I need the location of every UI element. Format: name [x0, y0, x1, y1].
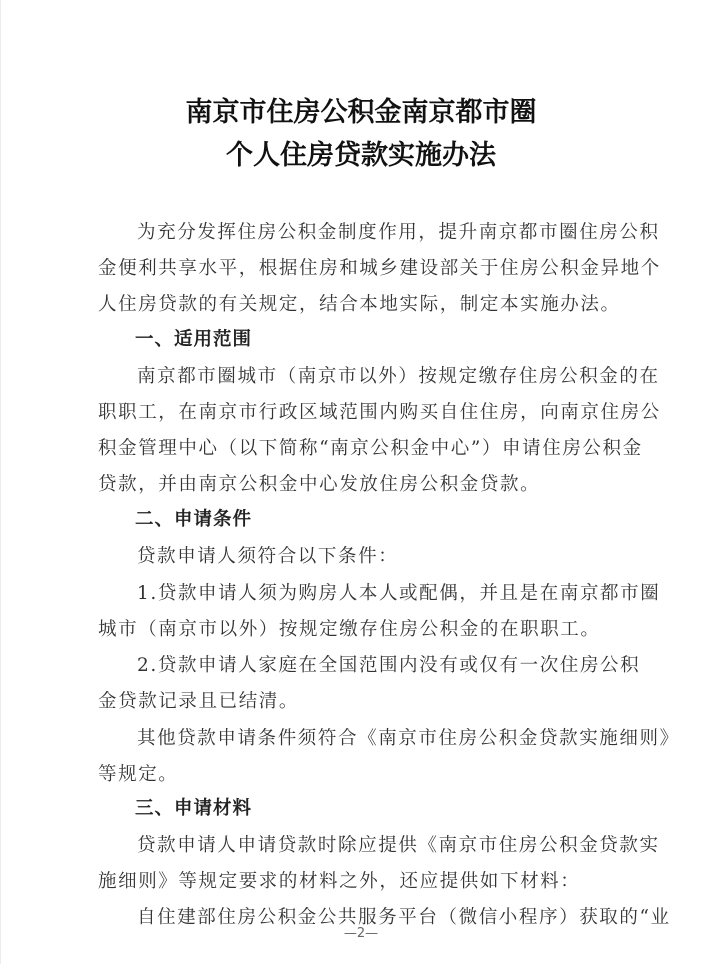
preamble-line: 人住房贷款的有关规定，结合本地实际，制定本实施办法。 — [98, 293, 638, 317]
list-item-2-cont: 金贷款记录且已结清。 — [98, 690, 638, 714]
paragraph-line: 职职工，在南京市行政区域范围内购买自住住房，向南京住房公 — [98, 401, 638, 425]
paragraph-line: 贷款申请人申请贷款时除应提供《南京市住房公积金贷款实 — [137, 834, 677, 858]
paragraph-line: 贷款申请人须符合以下条件： — [137, 545, 677, 569]
preamble-line: 金便利共享水平，根据住房和城乡建设部关于住房公积金异地个 — [98, 257, 638, 281]
document-title-line-1: 南京市住房公积金南京都市圈 — [1, 90, 720, 129]
section-heading-materials: 三、申请材料 — [135, 797, 252, 821]
section-heading-scope: 一、适用范围 — [135, 328, 252, 352]
preamble-line: 为充分发挥住房公积金制度作用，提升南京都市圈住房公积 — [137, 221, 677, 245]
paragraph-line: 施细则》等规定要求的材料之外，还应提供如下材料： — [98, 870, 638, 894]
paragraph-line: 南京都市圈城市（南京市以外）按规定缴存住房公积金的在 — [137, 365, 677, 389]
paragraph-line: 等规定。 — [98, 763, 638, 787]
section-heading-conditions: 二、申请条件 — [135, 508, 252, 532]
paragraph-line: 积金管理中心（以下简称“南京公积金中心”）申请住房公积金 — [98, 437, 638, 461]
paragraph-line: 其他贷款申请条件须符合《南京市住房公积金贷款实施细则》 — [137, 727, 677, 751]
page-number: —2— — [1, 926, 720, 941]
list-item-2: 2.贷款申请人家庭在全国范围内没有或仅有一次住房公积 — [137, 654, 677, 678]
paragraph-line: 贷款，并由南京公积金中心发放住房公积金贷款。 — [98, 473, 638, 497]
document-page: 南京市住房公积金南京都市圈 个人住房贷款实施办法 为充分发挥住房公积金制度作用，… — [0, 0, 720, 964]
document-title-line-2: 个人住房贷款实施办法 — [1, 133, 720, 172]
list-item-1: 1.贷款申请人须为购房人本人或配偶，并且是在南京都市圈 — [137, 582, 677, 606]
list-item-1-cont: 城市（南京市以外）按规定缴存住房公积金的在职职工。 — [98, 618, 638, 642]
